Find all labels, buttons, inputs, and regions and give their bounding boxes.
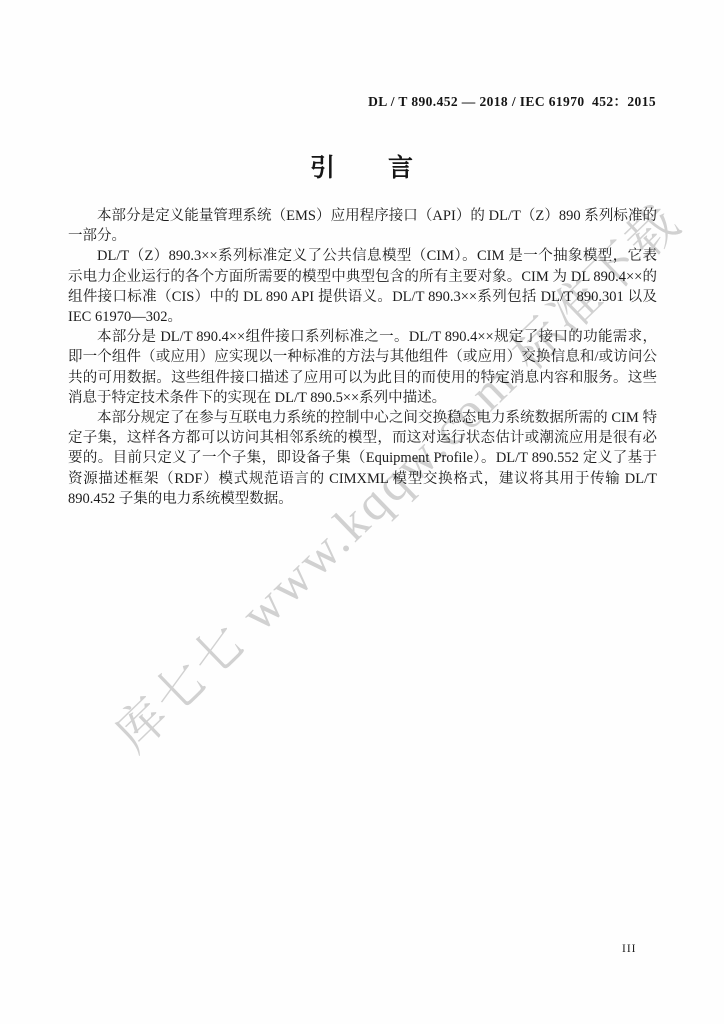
standard-number-header: DL / T 890.452 — 2018 / IEC 61970 452：20…: [368, 90, 656, 110]
paragraph: 本部分是定义能量管理系统（EMS）应用程序接口（API）的 DL/T（Z）890…: [68, 206, 657, 246]
paragraph: DL/T（Z）890.3××系列标准定义了公共信息模型（CIM）。CIM 是一个…: [68, 246, 657, 327]
paragraph: 本部分是 DL/T 890.4××组件接口系列标准之一。DL/T 890.4××…: [68, 327, 657, 408]
document-body: 本部分是定义能量管理系统（EMS）应用程序接口（API）的 DL/T（Z）890…: [68, 206, 657, 509]
document-page: 库七七 www.kqqw.com 标准下载 DL / T 890.452 — 2…: [0, 0, 724, 1024]
page-title: 引 言: [0, 148, 724, 184]
paragraph: 本部分规定了在参与互联电力系统的控制中心之间交换稳态电力系统数据所需的 CIM …: [68, 408, 657, 509]
page-number: III: [622, 943, 637, 955]
